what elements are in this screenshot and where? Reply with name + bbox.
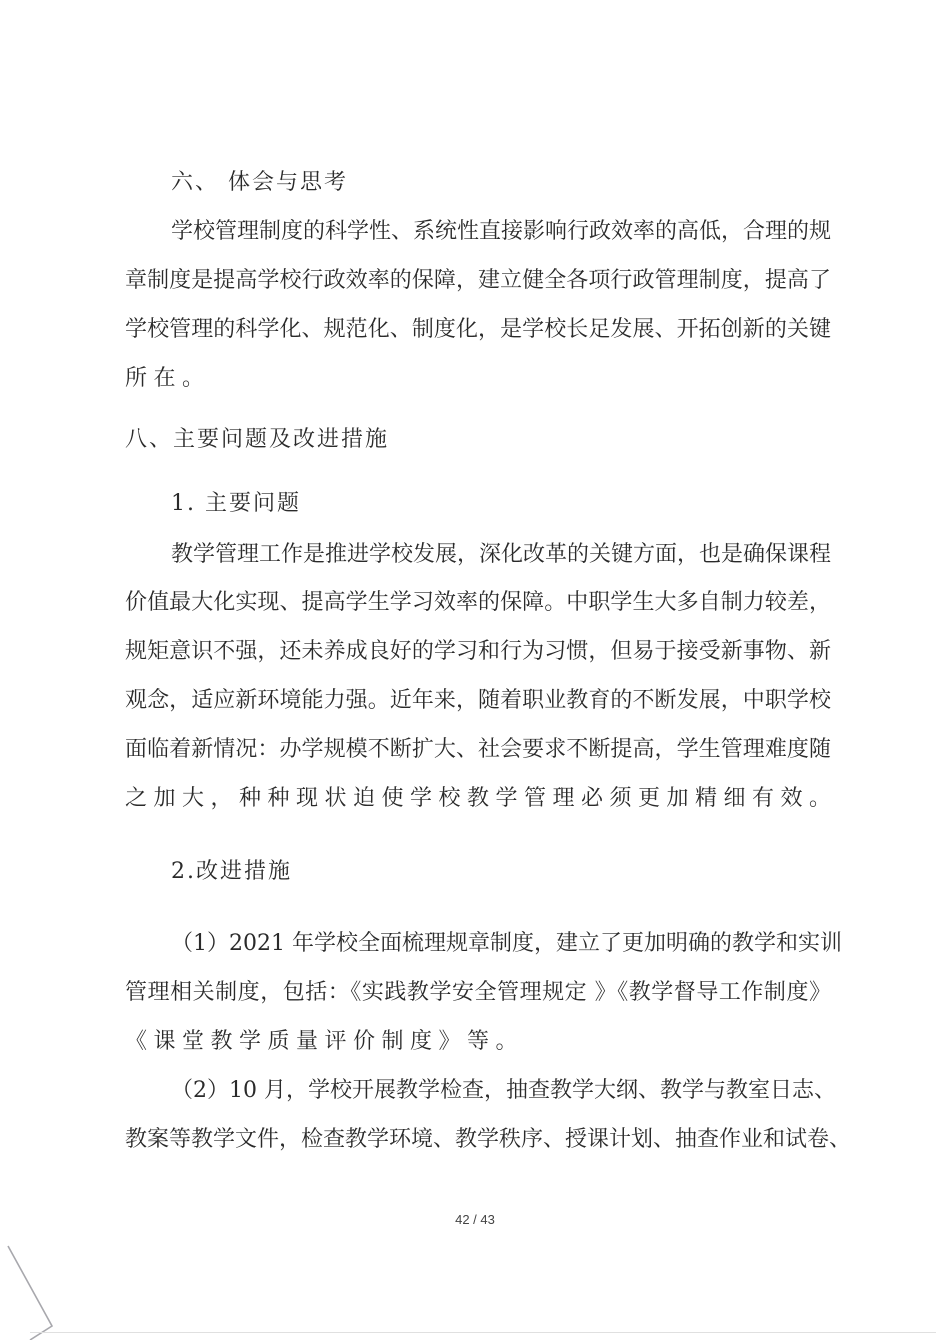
paragraph-line: 学校管理制度的科学性、系统性直接影响行政效率的高低，合理的规 [171, 217, 831, 247]
page-bottom-edge [30, 1332, 936, 1333]
paragraph-line: 《课堂教学质量评价制度》等。 [125, 1027, 831, 1057]
paragraph-line: 面临着新情况：办学规模不断扩大、社会要求不断提高，学生管理难度随 [125, 735, 831, 765]
section-heading-8: 八、主要问题及改进措施 [125, 425, 831, 455]
subheading-main-problems: 1. 主要问题 [171, 489, 831, 519]
paragraph-line: 价值最大化实现、提高学生学习效率的保障。中职学生大多自制力较差， [125, 588, 831, 618]
paper-fold-mark [0, 1240, 60, 1340]
paragraph-line: （1）2021 年学校全面梳理规章制度，建立了更加明确的教学和实训 [171, 929, 831, 959]
paragraph-line: 之加大，种种现状迫使学校教学管理必须更加精细有效。 [125, 784, 831, 814]
section-heading-6: 六、 体会与思考 [171, 168, 831, 198]
paragraph-line: 教案等教学文件，检查教学环境、教学秩序、授课计划、抽查作业和试卷、 [125, 1125, 831, 1155]
paragraph-line: 所在。 [125, 364, 831, 394]
subheading-improvements: 2.改进措施 [171, 857, 831, 887]
paragraph-line: 章制度是提高学校行政效率的保障，建立健全各项行政管理制度，提高了 [125, 266, 831, 296]
paragraph-line: 学校管理的科学化、规范化、制度化，是学校长足发展、开拓创新的关键 [125, 315, 831, 345]
paragraph-line: （2）10 月，学校开展教学检查，抽查教学大纲、教学与教室日志、 [171, 1076, 831, 1106]
paragraph-line: 规矩意识不强，还未养成良好的学习和行为习惯，但易于接受新事物、新 [125, 637, 831, 667]
paragraph-line: 观念，适应新环境能力强。近年来，随着职业教育的不断发展，中职学校 [125, 686, 831, 716]
document-page: 六、 体会与思考 学校管理制度的科学性、系统性直接影响行政效率的高低，合理的规 … [0, 0, 950, 1344]
paragraph-line: 管理相关制度，包括：《实践教学安全管理规定 》《教学督导工作制度》 [125, 978, 831, 1008]
paragraph-line: 教学管理工作是推进学校发展，深化改革的关键方面，也是确保课程 [171, 540, 831, 570]
page-indicator: 42 / 43 [0, 1212, 950, 1227]
